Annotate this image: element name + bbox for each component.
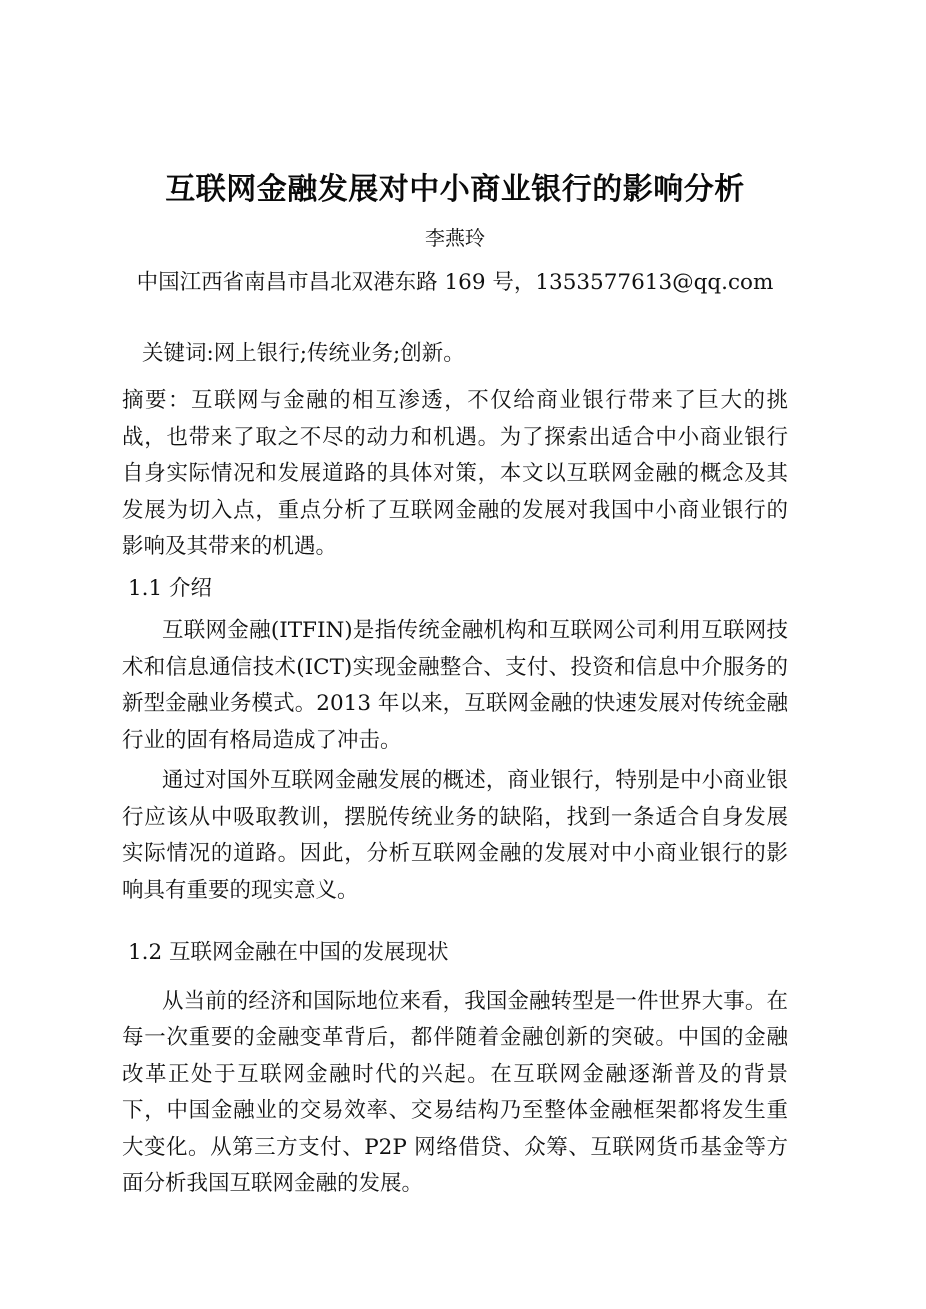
section-1-paragraph-1: 互联网金融(ITFIN)是指传统金融机构和互联网公司利用互联网技术和信息通信技术… [122, 613, 788, 759]
section-heading-development-status: 1.2 互联网金融在中国的发展现状 [122, 935, 788, 972]
page-title: 互联网金融发展对中小商业银行的影响分析 [122, 169, 788, 211]
abstract-paragraph: 摘要：互联网与金融的相互渗透，不仅给商业银行带来了巨大的挑战，也带来了取之不尽的… [122, 383, 788, 566]
section-1-paragraph-2: 通过对国外互联网金融发展的概述，商业银行，特别是中小商业银行应该从中吸取教训，摆… [122, 763, 788, 909]
keywords-line: 关键词:网上银行;传统业务;创新。 [122, 339, 788, 369]
section-heading-introduction: 1.1 介绍 [122, 571, 788, 608]
author-name: 李燕玲 [122, 224, 788, 252]
section-2-paragraph-1: 从当前的经济和国际地位来看，我国金融转型是一件世界大事。在每一次重要的金融变革背… [122, 984, 788, 1203]
author-address: 中国江西省南昌市昌北双港东路 169 号，1353577613@qq.com [122, 268, 788, 298]
document-page: 互联网金融发展对中小商业银行的影响分析 李燕玲 中国江西省南昌市昌北双港东路 1… [0, 0, 926, 1309]
